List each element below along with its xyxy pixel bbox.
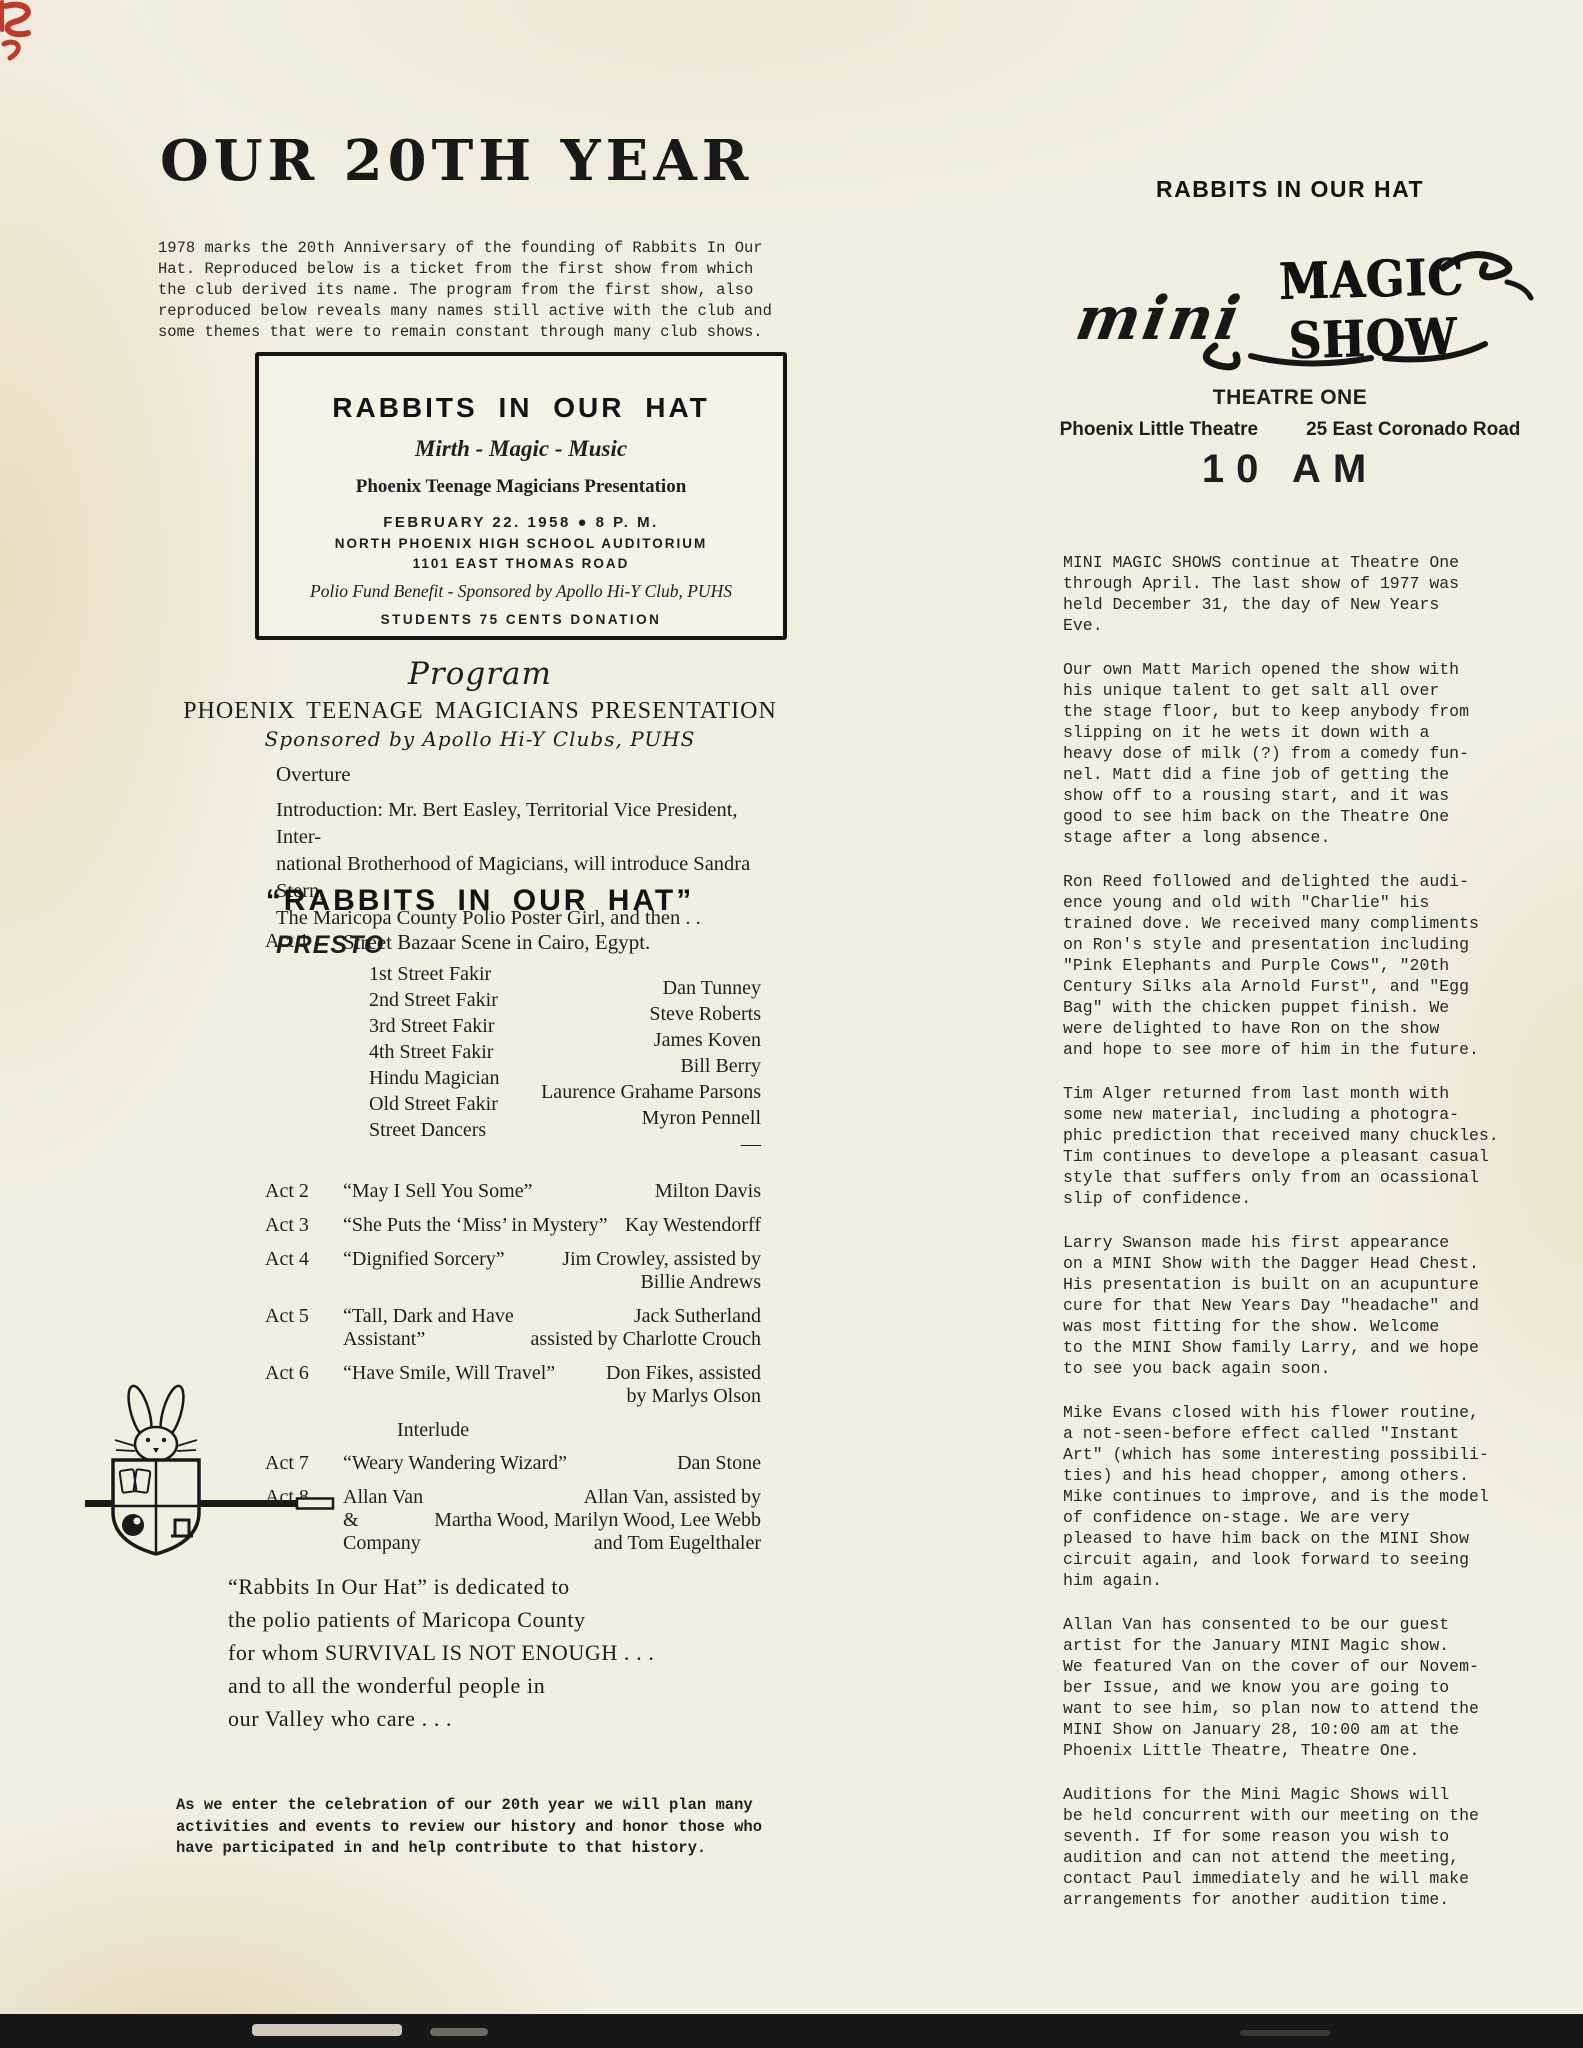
act-performer: Jack Sutherland assisted by Charlotte Cr… [530, 1305, 761, 1351]
act-1-performers: Dan Tunney Steve Roberts James Koven Bil… [500, 961, 761, 1157]
interlude-label: Interlude [397, 1419, 761, 1442]
role: Old Street Fakir [369, 1091, 500, 1117]
act-label: Act 5 [265, 1305, 343, 1351]
act-row: Act 2 “May I Sell You Some” Milton Davis [265, 1180, 761, 1203]
act-performer: Dan Stone [677, 1452, 761, 1475]
dedication-block: “Rabbits In Our Hat” is dedicated to the… [228, 1570, 758, 1735]
performer: James Koven [500, 1027, 761, 1053]
act-label: Act 2 [265, 1180, 343, 1203]
theatre-one-heading: THEATRE ONE [1055, 386, 1525, 410]
performer: Bill Berry [500, 1053, 761, 1079]
act-title: Allan Van & Company [343, 1486, 434, 1555]
act-row: Act 5 “Tall, Dark and Have Assistant” Ja… [265, 1305, 761, 1351]
dedication-line: the polio patients of Maricopa County [228, 1603, 758, 1636]
act-row: Act 6 “Have Smile, Will Travel” Don Fike… [265, 1362, 761, 1408]
act-title: “Weary Wandering Wizard” [343, 1452, 677, 1475]
rabbit-in-hat-crest-logo [85, 1382, 337, 1578]
act-label: Act 4 [265, 1248, 343, 1294]
act-performer: Kay Westendorff [625, 1214, 761, 1237]
performer: Laurence Grahame Parsons [500, 1079, 761, 1105]
ticket-venue: NORTH PHOENIX HIGH SCHOOL AUDITORIUM [259, 536, 783, 551]
paragraph: Ron Reed followed and delighted the audi… [1063, 871, 1568, 1060]
newsletter-body: MINI MAGIC SHOWS continue at Theatre One… [1063, 552, 1568, 1933]
paragraph: Mike Evans closed with his flower routin… [1063, 1402, 1568, 1591]
dedication-line: “Rabbits In Our Hat” is dedicated to [228, 1570, 758, 1603]
act-row: Act 3 “She Puts the ‘Miss’ in Mystery” K… [265, 1214, 761, 1237]
role: Hindu Magician [369, 1065, 500, 1091]
role: 2nd Street Fakir [369, 987, 500, 1013]
page-title: OUR 20TH YEAR [160, 128, 753, 194]
act-row: Act 8 Allan Van & Company Allan Van, ass… [265, 1486, 761, 1555]
ticket-presenter: Phoenix Teenage Magicians Presentation [259, 476, 783, 498]
act-label: Act 3 [265, 1214, 343, 1237]
paragraph: MINI MAGIC SHOWS continue at Theatre One… [1063, 552, 1568, 636]
act-performer: Don Fikes, assisted by Marlys Olson [606, 1362, 761, 1408]
paragraph: Tim Alger returned from last month with … [1063, 1083, 1568, 1209]
intro-paragraph: 1978 marks the 20th Anniversary of the f… [158, 238, 798, 343]
act-performer: Allan Van, assisted by Martha Wood, Mari… [434, 1486, 761, 1555]
dedication-line: our Valley who care . . . [228, 1702, 758, 1735]
ticket-datetime: FEBRUARY 22. 1958 ● 8 P. M. [259, 514, 783, 531]
acts-list: Act 2 “May I Sell You Some” Milton Davis… [265, 1180, 761, 1566]
logo-magic-show-text: MAGIC SHOW [1206, 245, 1539, 372]
performer: Myron Pennell [500, 1105, 761, 1131]
red-pen-marks-icon [0, 0, 80, 80]
program-sponsor-line: Sponsored by Apollo Hi-Y Clubs, PUHS [150, 727, 810, 751]
role: 4th Street Fakir [369, 1039, 500, 1065]
act-row: Act 4 “Dignified Sorcery” Jim Crowley, a… [265, 1248, 761, 1294]
role: 3rd Street Fakir [369, 1013, 500, 1039]
show-time: 10 AM [1055, 447, 1525, 492]
act-performer: Milton Davis [655, 1180, 761, 1203]
program-heading: Program [150, 656, 810, 692]
act-1-block: Act 1 Street Bazaar Scene in Cairo, Egyp… [265, 930, 761, 1157]
act-title: “She Puts the ‘Miss’ in Mystery” [343, 1214, 625, 1237]
show-title-heading: “RABBITS IN OUR HAT” [150, 884, 810, 918]
act-title: “Have Smile, Will Travel” [343, 1362, 606, 1408]
act-row: Act 7 “Weary Wandering Wizard” Dan Stone [265, 1452, 761, 1475]
paragraph: Allan Van has consented to be our guest … [1063, 1614, 1568, 1761]
paragraph: Our own Matt Marich opened the show with… [1063, 659, 1568, 848]
ticket-price: STUDENTS 75 CENTS DONATION [259, 612, 783, 627]
act-performer: Jim Crowley, assisted by Billie Andrews [562, 1248, 761, 1294]
venue-address: 25 East Coronado Road [1306, 419, 1520, 441]
role: 1st Street Fakir [369, 961, 500, 987]
act-title: “Dignified Sorcery” [343, 1248, 562, 1294]
right-masthead: RABBITS IN OUR HAT [1055, 176, 1525, 203]
act-1-roles: 1st Street Fakir 2nd Street Fakir 3rd St… [369, 961, 500, 1157]
ticket-address: 1101 EAST THOMAS ROAD [259, 556, 783, 571]
ticket-benefit-line: Polio Fund Benefit - Sponsored by Apollo… [259, 581, 783, 602]
program-presentation: PHOENIX TEENAGE MAGICIANS PRESENTATION [150, 698, 810, 725]
ticket-reproduction: RABBITS IN OUR HAT Mirth - Magic - Music… [255, 352, 787, 640]
performer: Steve Roberts [500, 1001, 761, 1027]
program-section: Program PHOENIX TEENAGE MAGICIANS PRESEN… [150, 656, 810, 751]
scan-streak [430, 2028, 488, 2036]
ticket-title: RABBITS IN OUR HAT [259, 392, 783, 424]
venue-name: Phoenix Little Theatre [1060, 419, 1258, 441]
performer: Dan Tunney [500, 975, 761, 1001]
overture-label: Overture [276, 762, 351, 787]
dedication-line: and to all the wonderful people in [228, 1669, 758, 1702]
scan-streak [252, 2024, 402, 2036]
act-title: “Tall, Dark and Have Assistant” [343, 1305, 530, 1351]
mini-magic-show-logo: mini MAGIC SHOW [1055, 242, 1535, 372]
paragraph: Auditions for the Mini Magic Shows will … [1063, 1784, 1568, 1910]
performer: — [500, 1131, 761, 1157]
venue-address-row: Phoenix Little Theatre 25 East Coronado … [1040, 419, 1540, 441]
closing-paragraph: As we enter the celebration of our 20th … [176, 1795, 826, 1860]
scan-edge-band [0, 2014, 1583, 2048]
ticket-tagline: Mirth - Magic - Music [259, 436, 783, 462]
role: Street Dancers [369, 1117, 500, 1143]
scan-streak [1240, 2030, 1330, 2036]
act-title: “May I Sell You Some” [343, 1180, 655, 1203]
dedication-line: for whom SURVIVAL IS NOT ENOUGH . . . [228, 1636, 758, 1669]
act-label: Act 1 [265, 930, 343, 955]
act-title: Street Bazaar Scene in Cairo, Egypt. [343, 930, 761, 955]
newsletter-scan-page: OUR 20TH YEAR 1978 marks the 20th Annive… [0, 0, 1583, 2048]
paragraph: Larry Swanson made his first appearance … [1063, 1232, 1568, 1379]
